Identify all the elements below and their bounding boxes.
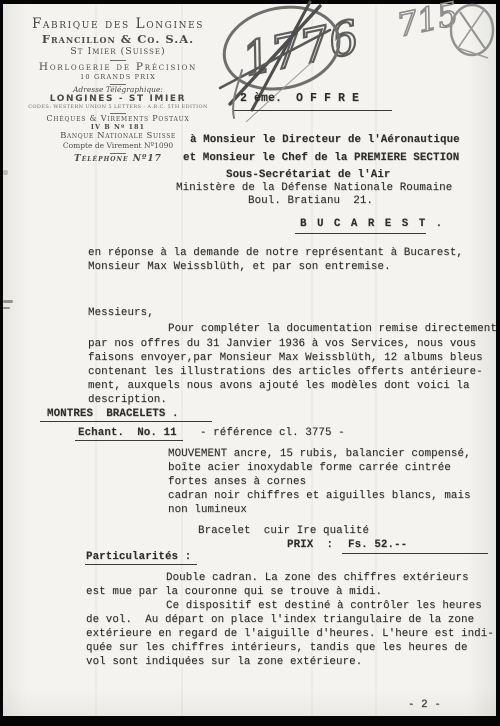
spec-line: cadran noir chiffres et aiguilles blancs… (168, 489, 471, 503)
particularites-heading: Particularités : (86, 550, 191, 564)
section-heading-underline (40, 421, 212, 422)
para1-line: description. (88, 393, 167, 407)
intro-line: Monsieur Max Weissblüth, et par son entr… (88, 260, 391, 274)
recipient-line: Ministère de la Défense Nationale Roumai… (176, 181, 452, 195)
scan-smudge (3, 307, 10, 309)
para1-line: faisons envoyer,par Monsieur Max Weissbl… (88, 351, 483, 365)
para1-line: Pour compléter la documentation remise d… (168, 322, 497, 336)
salutation: Messieurs, (88, 306, 154, 320)
letterhead-company: Fabrique des Longines (16, 16, 220, 32)
recipient-line: à Monsieur le Directeur de l'Aéronautiqu… (190, 133, 460, 147)
scan-smudge (3, 170, 8, 175)
letterhead-trade: Horlogerie de Précision (16, 61, 220, 73)
recipient-line: Sous-Secrétariat de l'Air (226, 168, 390, 182)
para1-line: par nos offres du 31 Janvier 1936 à vos … (88, 337, 476, 351)
para1-line: ment, auxquels nous avons ajouté les mod… (88, 379, 470, 393)
offer-title: 2 ème. O F F R E (240, 92, 359, 106)
recipient-line: et Monsieur le Chef de la PREMIERE SECTI… (183, 151, 459, 165)
price-label: PRIX : (287, 538, 333, 552)
bracelet-line: Bracelet cuir Ire qualité (198, 524, 369, 538)
price-underline (342, 553, 488, 554)
scan-smudge (3, 300, 13, 303)
particularites-line: Double cadran. La zone des chiffres exté… (166, 571, 469, 585)
letterhead-city: St Imier (Suisse) (16, 46, 220, 57)
price-value: Fs. 52.-- (348, 538, 407, 552)
section-heading: MONTRES BRACELETS . (47, 407, 179, 421)
letterhead-telegraph-label: Adresse Télégraphique: (16, 85, 220, 94)
particularites-line: de vol. Au départ on place l'index trian… (86, 613, 474, 627)
page-number: - 2 - (408, 698, 441, 712)
letterhead-owner: Francillon & Co. S.A. (16, 32, 220, 46)
spec-line: boîte acier inoxydable forme carrée cint… (168, 461, 451, 475)
sample-number: Echant. No. 11 (78, 426, 177, 440)
spec-line: non lumineux (168, 503, 247, 517)
particularites-line: vol sont indiquées sur la zone extérieur… (86, 655, 362, 669)
letterhead-cheques: Chèques & Virements Postaux (16, 114, 220, 123)
recipient-city: B U C A R E S T . (300, 217, 444, 231)
intro-line: en réponse à la demande de notre représe… (88, 246, 463, 260)
recipient-city-underline (295, 233, 426, 234)
particularites-underline (85, 564, 197, 565)
letterhead-telegraph-address: LONGINES - ST IMIER (16, 94, 220, 104)
letterhead-cheques-number: IV B Nº 181 (16, 123, 220, 131)
spec-line: MOUVEMENT ancre, 15 rubis, balancier com… (168, 447, 471, 461)
particularites-line: Ce dispositif est destiné à contrôler le… (166, 599, 482, 613)
letterhead-codes: CODES: WESTERN UNION 5 LETTERS - A.B.C. … (16, 104, 220, 110)
letterhead-grand-prix: 10 GRANDS PRIX (16, 73, 220, 81)
spec-line: fortes anses à cornes (168, 475, 306, 489)
recipient-line: Boul. Bratianu 21. (248, 194, 373, 208)
offer-title-underline (234, 110, 392, 111)
scanned-letter: Fabrique des Longines Francillon & Co. S… (0, 0, 500, 726)
particularites-line: quée sur les chiffres intérieurs, tandis… (86, 641, 468, 655)
pencil-mark-715: 715 (396, 0, 498, 62)
para1-line: contenant les illustrations des articles… (88, 365, 483, 379)
sample-reference: - référence cl. 3775 - (200, 426, 345, 440)
particularites-line: est mue par la couronne qui se trouve à … (86, 585, 382, 599)
sample-number-underline (75, 440, 183, 441)
particularites-line: extérieure en regard de l'aiguille d'heu… (86, 627, 494, 641)
